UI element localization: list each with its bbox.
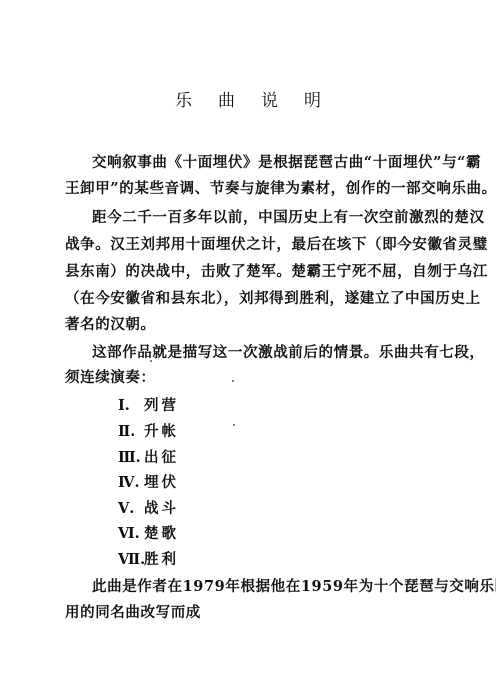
list-item: Ⅴ.战斗 bbox=[118, 500, 179, 518]
list-item: Ⅶ.胜利 bbox=[118, 551, 179, 569]
text-line: 交响叙事曲《十面埋伏》是根据琵琶古曲“十面埋伏”与“霸 bbox=[92, 154, 457, 172]
text-line: 须连续演奏： bbox=[65, 369, 457, 387]
section-label: 胜利 bbox=[144, 551, 179, 568]
list-item: Ⅱ.升帐 bbox=[118, 423, 179, 441]
section-label: 楚歌 bbox=[144, 525, 179, 542]
text-line: 这部作品就是描写这一次激战前后的情景。乐曲共有七段， bbox=[92, 344, 457, 362]
section-number: Ⅱ. bbox=[118, 423, 144, 441]
section-number: Ⅴ. bbox=[118, 500, 144, 518]
text-line: 著名的汉朝。 bbox=[65, 316, 457, 334]
section-number: Ⅶ. bbox=[118, 551, 144, 569]
list-item: Ⅰ.列营 bbox=[118, 397, 179, 415]
list-item: Ⅲ.出征 bbox=[118, 449, 179, 467]
scan-speck bbox=[233, 424, 235, 426]
text-line: 县东南）的决战中，击败了楚军。楚霸王宁死不屈，自刎于乌江 bbox=[65, 263, 457, 281]
text-line: 王卸甲”的某些音调、节奏与旋律为素材，创作的一部交响乐曲。 bbox=[65, 180, 457, 198]
text-line: 用的同名曲改写而成 bbox=[65, 604, 457, 622]
section-number: Ⅵ. bbox=[118, 525, 144, 543]
list-item: Ⅳ.埋伏 bbox=[118, 474, 179, 492]
list-item: Ⅵ.楚歌 bbox=[118, 525, 179, 543]
scan-speck bbox=[232, 380, 234, 382]
text-line: 此曲是作者在1979年根据他在1959年为十个琵琶与交响乐队 bbox=[92, 578, 457, 596]
section-label: 埋伏 bbox=[144, 474, 179, 491]
section-label: 出征 bbox=[144, 449, 179, 466]
page-title: 乐曲说明 bbox=[0, 86, 496, 111]
text-line: （在今安徽省和县东北），刘邦得到胜利，遂建立了中国历史上 bbox=[65, 290, 457, 308]
section-label: 列营 bbox=[144, 397, 179, 414]
text-line: 战争。汉王刘邦用十面埋伏之计，最后在垓下（即今安徽省灵璧 bbox=[65, 236, 457, 254]
section-number: Ⅲ. bbox=[118, 449, 144, 467]
section-number: Ⅳ. bbox=[118, 474, 144, 492]
section-label: 战斗 bbox=[144, 500, 179, 517]
section-number: Ⅰ. bbox=[118, 397, 144, 415]
scan-speck bbox=[150, 360, 152, 362]
section-label: 升帐 bbox=[144, 423, 179, 440]
text-line: 距今二千一百多年以前，中国历史上有一次空前激烈的楚汉 bbox=[92, 209, 457, 227]
